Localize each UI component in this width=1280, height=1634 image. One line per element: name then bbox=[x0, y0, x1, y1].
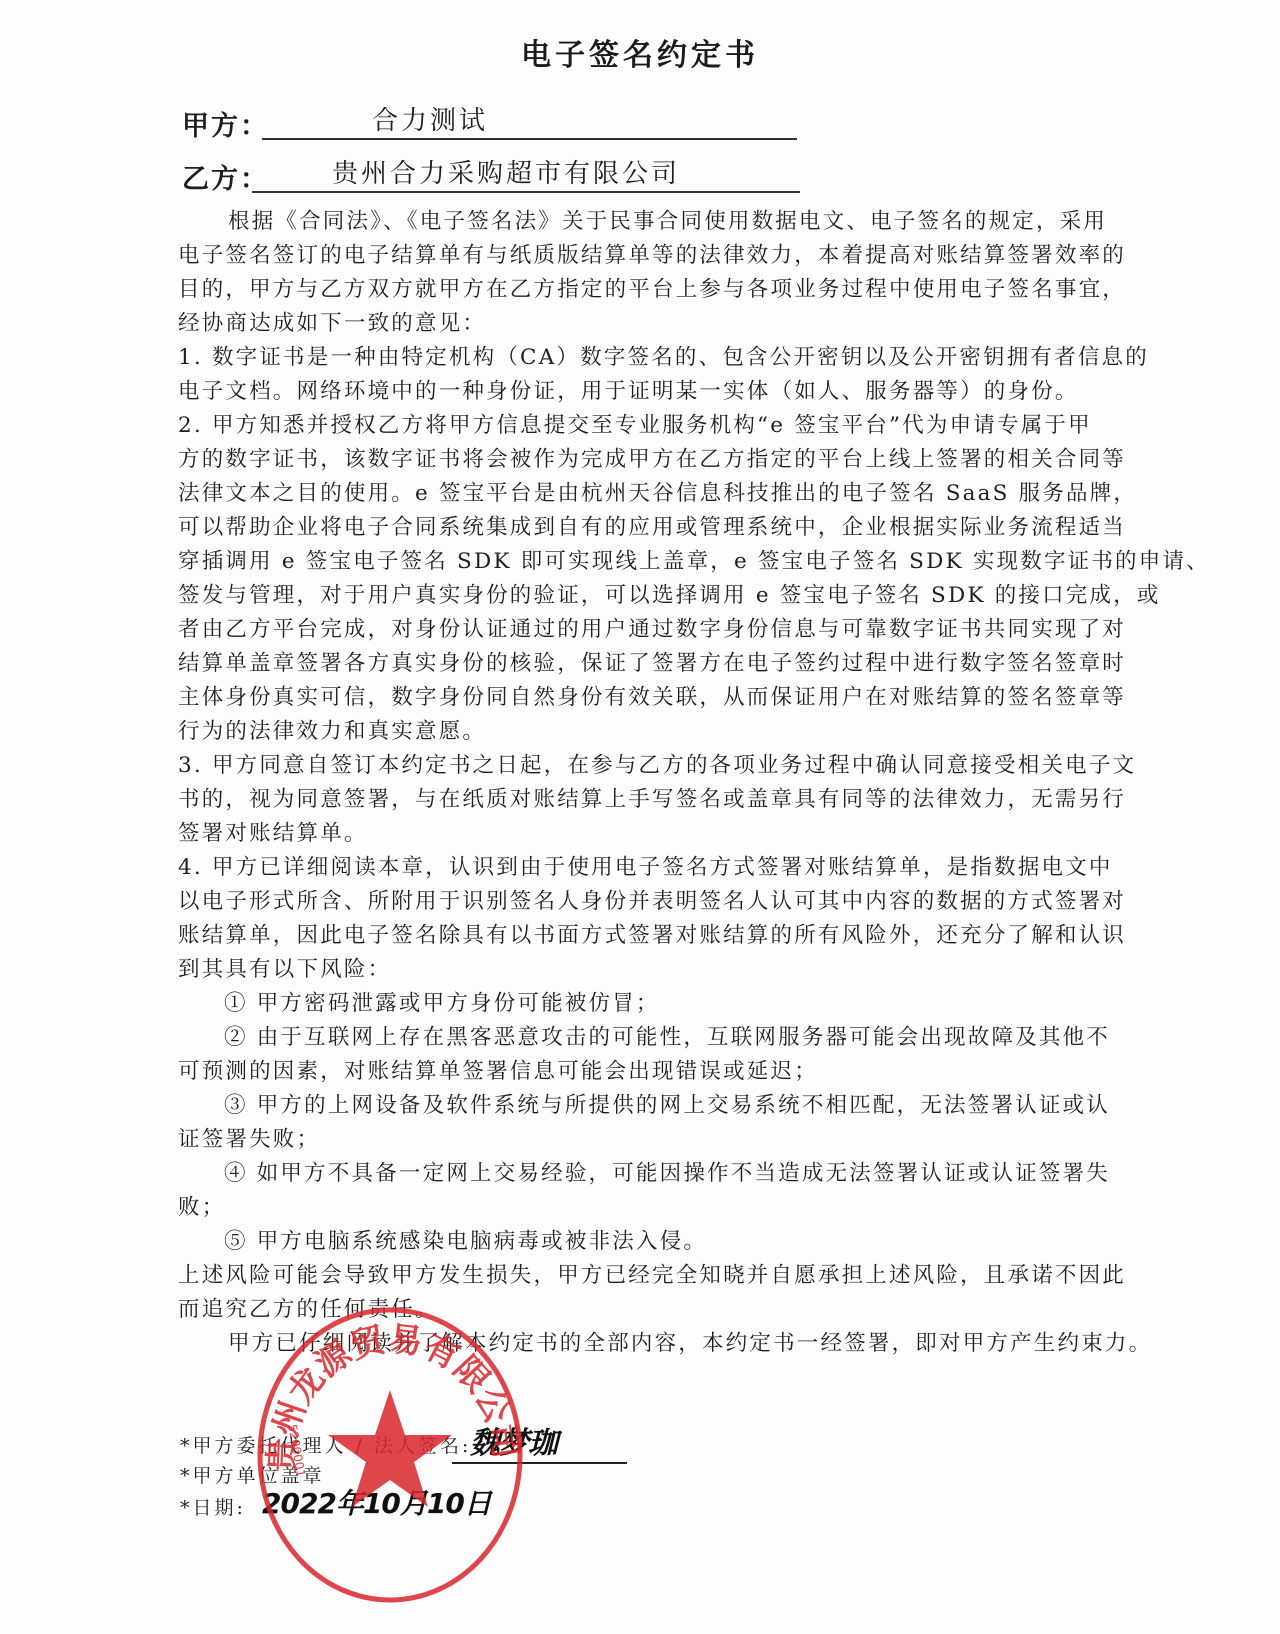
clause-line: 2. 甲方知悉并授权乙方将甲方信息提交至专业服务机构“e 签宝平台”代为申请专属… bbox=[178, 409, 1153, 443]
clause-line: 电子文档。网络环境中的一种身份证，用于证明某一实体（如人、服务器等）的身份。 bbox=[178, 375, 1153, 409]
signature-underline bbox=[452, 1462, 627, 1464]
party-b-field: 贵州合力采购超市有限公司 bbox=[252, 157, 800, 193]
clause-2: 2. 甲方知悉并授权乙方将甲方信息提交至专业服务机构“e 签宝平台”代为申请专属… bbox=[178, 409, 1153, 749]
clause-line: 结算单盖章签署各方真实身份的核验，保证了签署方在电子签约过程中进行数字签名签章时 bbox=[178, 647, 1153, 681]
document-title: 电子签名约定书 bbox=[0, 30, 1280, 74]
clause-line: 账结算单，因此电子签名除具有以书面方式签署对账结算的所有风险外，还充分了解和认识 bbox=[178, 919, 1153, 953]
document-page: 电子签名约定书 甲方： 合力测试 乙方： 贵州合力采购超市有限公司 根据《合同法… bbox=[0, 0, 1280, 1634]
clause-1: 1. 数字证书是一种由特定机构（CA）数字签名的、包含公开密钥以及公开密钥拥有者… bbox=[178, 341, 1153, 409]
risk-item-2: ② 由于互联网上存在黑客恶意攻击的可能性，互联网服务器可能会出现故障及其他不 bbox=[178, 1021, 1153, 1055]
clause-line: 签发与管理，对于用户真实身份的验证，可以选择调用 e 签宝电子签名 SDK 的接… bbox=[178, 579, 1153, 613]
clause-3: 3. 甲方同意自签订本约定书之日起，在参与乙方的各项业务过程中确认同意接受相关电… bbox=[178, 749, 1153, 851]
final-line: 甲方已仔细阅读并了解本约定书的全部内容，本约定书一经签署，即对甲方产生约束力。 bbox=[178, 1327, 1153, 1361]
intro-line: 目的，甲方与乙方双方就甲方在乙方指定的平台上参与各项业务过程中使用电子签名事宜， bbox=[178, 273, 1153, 307]
clause-line: 3. 甲方同意自签订本约定书之日起，在参与乙方的各项业务过程中确认同意接受相关电… bbox=[178, 749, 1153, 783]
clause-line: 1. 数字证书是一种由特定机构（CA）数字签名的、包含公开密钥以及公开密钥拥有者… bbox=[178, 341, 1153, 375]
risk-item-2-cont: 可预测的因素，对账结算单签署信息可能会出现错误或延迟； bbox=[178, 1055, 1153, 1089]
clause-line: 主体身份真实可信，数字身份同自然身份有效关联，从而保证用户在对账结算的签名签章等 bbox=[178, 681, 1153, 715]
risk-item-4: ④ 如甲方不具备一定网上交易经验，可能因操作不当造成无法签署认证或认证签署失 bbox=[178, 1157, 1153, 1191]
clause-4: 4. 甲方已详细阅读本章，认识到由于使用电子签名方式签署对账结算单，是指数据电文… bbox=[178, 851, 1153, 987]
closing-line: 上述风险可能会导致甲方发生损失，甲方已经完全知晓并自愿承担上述风险，且承诺不因此 bbox=[178, 1259, 1153, 1293]
closing-line: 而追究乙方的任何责任。 bbox=[178, 1293, 1153, 1327]
closing-paragraph: 上述风险可能会导致甲方发生损失，甲方已经完全知晓并自愿承担上述风险，且承诺不因此… bbox=[178, 1259, 1153, 1327]
clause-line: 穿插调用 e 签宝电子签名 SDK 即可实现线上盖章，e 签宝电子签名 SDK … bbox=[178, 545, 1153, 579]
date-value: 2022年10月10日 bbox=[262, 1482, 491, 1522]
intro-paragraph: 根据《合同法》、《电子签名法》关于民事合同使用数据电文、电子签名的规定，采用 电… bbox=[178, 205, 1153, 341]
risk-item-1: ① 甲方密码泄露或甲方身份可能被仿冒； bbox=[178, 987, 1153, 1021]
risk-item-3: ③ 甲方的上网设备及软件系统与所提供的网上交易系统不相匹配，无法签署认证或认 bbox=[178, 1089, 1153, 1123]
date-label: *日期: bbox=[180, 1494, 246, 1522]
intro-line: 根据《合同法》、《电子签名法》关于民事合同使用数据电文、电子签名的规定，采用 bbox=[178, 205, 1153, 239]
clause-line: 书的，视为同意签署，与在纸质对账结算上手写签名或盖章具有同等的法律效力，无需另行 bbox=[178, 783, 1153, 817]
clause-line: 到其具有以下风险： bbox=[178, 953, 1153, 987]
intro-line: 经协商达成如下一致的意见： bbox=[178, 307, 1153, 341]
agent-signature: 魏梦珈 bbox=[470, 1418, 557, 1462]
agent-signature-label: *甲方委托代理人 / 法人签名: bbox=[180, 1432, 471, 1460]
clause-line: 签署对账结算单。 bbox=[178, 817, 1153, 851]
intro-line: 电子签名签订的电子结算单有与纸质版结算单等的法律效力，本着提高对账结算签署效率的 bbox=[178, 239, 1153, 273]
risk-item-3-cont: 证签署失败； bbox=[178, 1123, 1153, 1157]
risk-item-5: ⑤ 甲方电脑系统感染电脑病毒或被非法入侵。 bbox=[178, 1225, 1153, 1259]
clause-line: 法律文本之目的使用。e 签宝平台是由杭州天谷信息科技推出的电子签名 SaaS 服… bbox=[178, 477, 1153, 511]
clause-line: 行为的法律效力和真实意愿。 bbox=[178, 715, 1153, 749]
clause-line: 方的数字证书，该数字证书将会被作为完成甲方在乙方指定的平台上线上签署的相关合同等 bbox=[178, 443, 1153, 477]
party-a-field: 合力测试 bbox=[262, 104, 797, 140]
party-a-label: 甲方： bbox=[182, 104, 269, 143]
clause-line: 以电子形式所含、所附用于识别签名人身份并表明签名人认可其中内容的数据的方式签署对 bbox=[178, 885, 1153, 919]
clause-line: 4. 甲方已详细阅读本章，认识到由于使用电子签名方式签署对账结算单，是指数据电文… bbox=[178, 851, 1153, 885]
document-body: 根据《合同法》、《电子签名法》关于民事合同使用数据电文、电子签名的规定，采用 电… bbox=[178, 205, 1153, 1361]
final-statement: 甲方已仔细阅读并了解本约定书的全部内容，本约定书一经签署，即对甲方产生约束力。 bbox=[178, 1327, 1153, 1361]
risk-list: ① 甲方密码泄露或甲方身份可能被仿冒； ② 由于互联网上存在黑客恶意攻击的可能性… bbox=[178, 987, 1153, 1259]
risk-item-4-cont: 败； bbox=[178, 1191, 1153, 1225]
clause-line: 可以帮助企业将电子合同系统集成到自有的应用或管理系统中，企业根据实际业务流程适当 bbox=[178, 511, 1153, 545]
clause-line: 者由乙方平台完成，对身份认证通过的用户通过数字身份信息与可靠数字证书共同实现了对 bbox=[178, 613, 1153, 647]
